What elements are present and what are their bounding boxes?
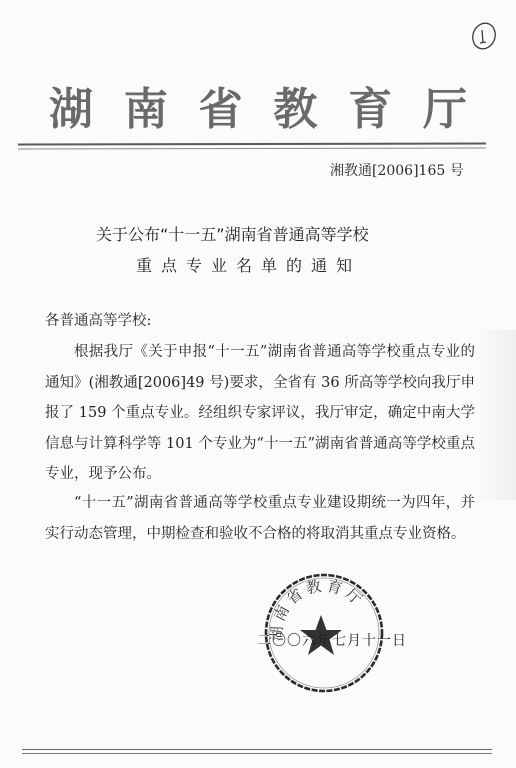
scan-shadow — [476, 330, 516, 500]
letterhead-char: 省 — [198, 84, 244, 136]
letterhead-char: 育 — [347, 84, 393, 136]
letterhead-rule-thin — [18, 148, 486, 150]
footer-rule — [22, 749, 492, 750]
letterhead-char: 南 — [123, 84, 169, 136]
body-paragraph: 根据我厅《关于申报“十一五”湖南省普通高等学校重点专业的通知》(湘教通[2006… — [45, 337, 475, 490]
document-number: 湘教通[2006]165 号 — [330, 160, 464, 182]
handwritten-page-number-icon — [468, 20, 498, 52]
footer-rule — [22, 753, 492, 754]
salutation: 各普通高等学校: — [45, 306, 475, 337]
letterhead-char: 湖 — [48, 84, 94, 136]
letterhead-rule-thick — [18, 143, 486, 146]
document-title-line-1: 关于公布“十一五”湖南省普通高等学校 — [96, 224, 436, 246]
document-date: 二〇〇六年七月十一日 — [257, 630, 407, 652]
letterhead-char: 教 — [272, 84, 318, 136]
letterhead-char: 厅 — [422, 84, 468, 136]
letterhead-title: 湖 南 省 教 育 厅 — [48, 84, 468, 136]
body-paragraph: “十一五”湖南省普通高等学校重点专业建设期统一为四年，并实行动态管理，中期检查和… — [45, 488, 475, 549]
document-title-line-2: 重点专业名单的通知 — [136, 255, 361, 277]
